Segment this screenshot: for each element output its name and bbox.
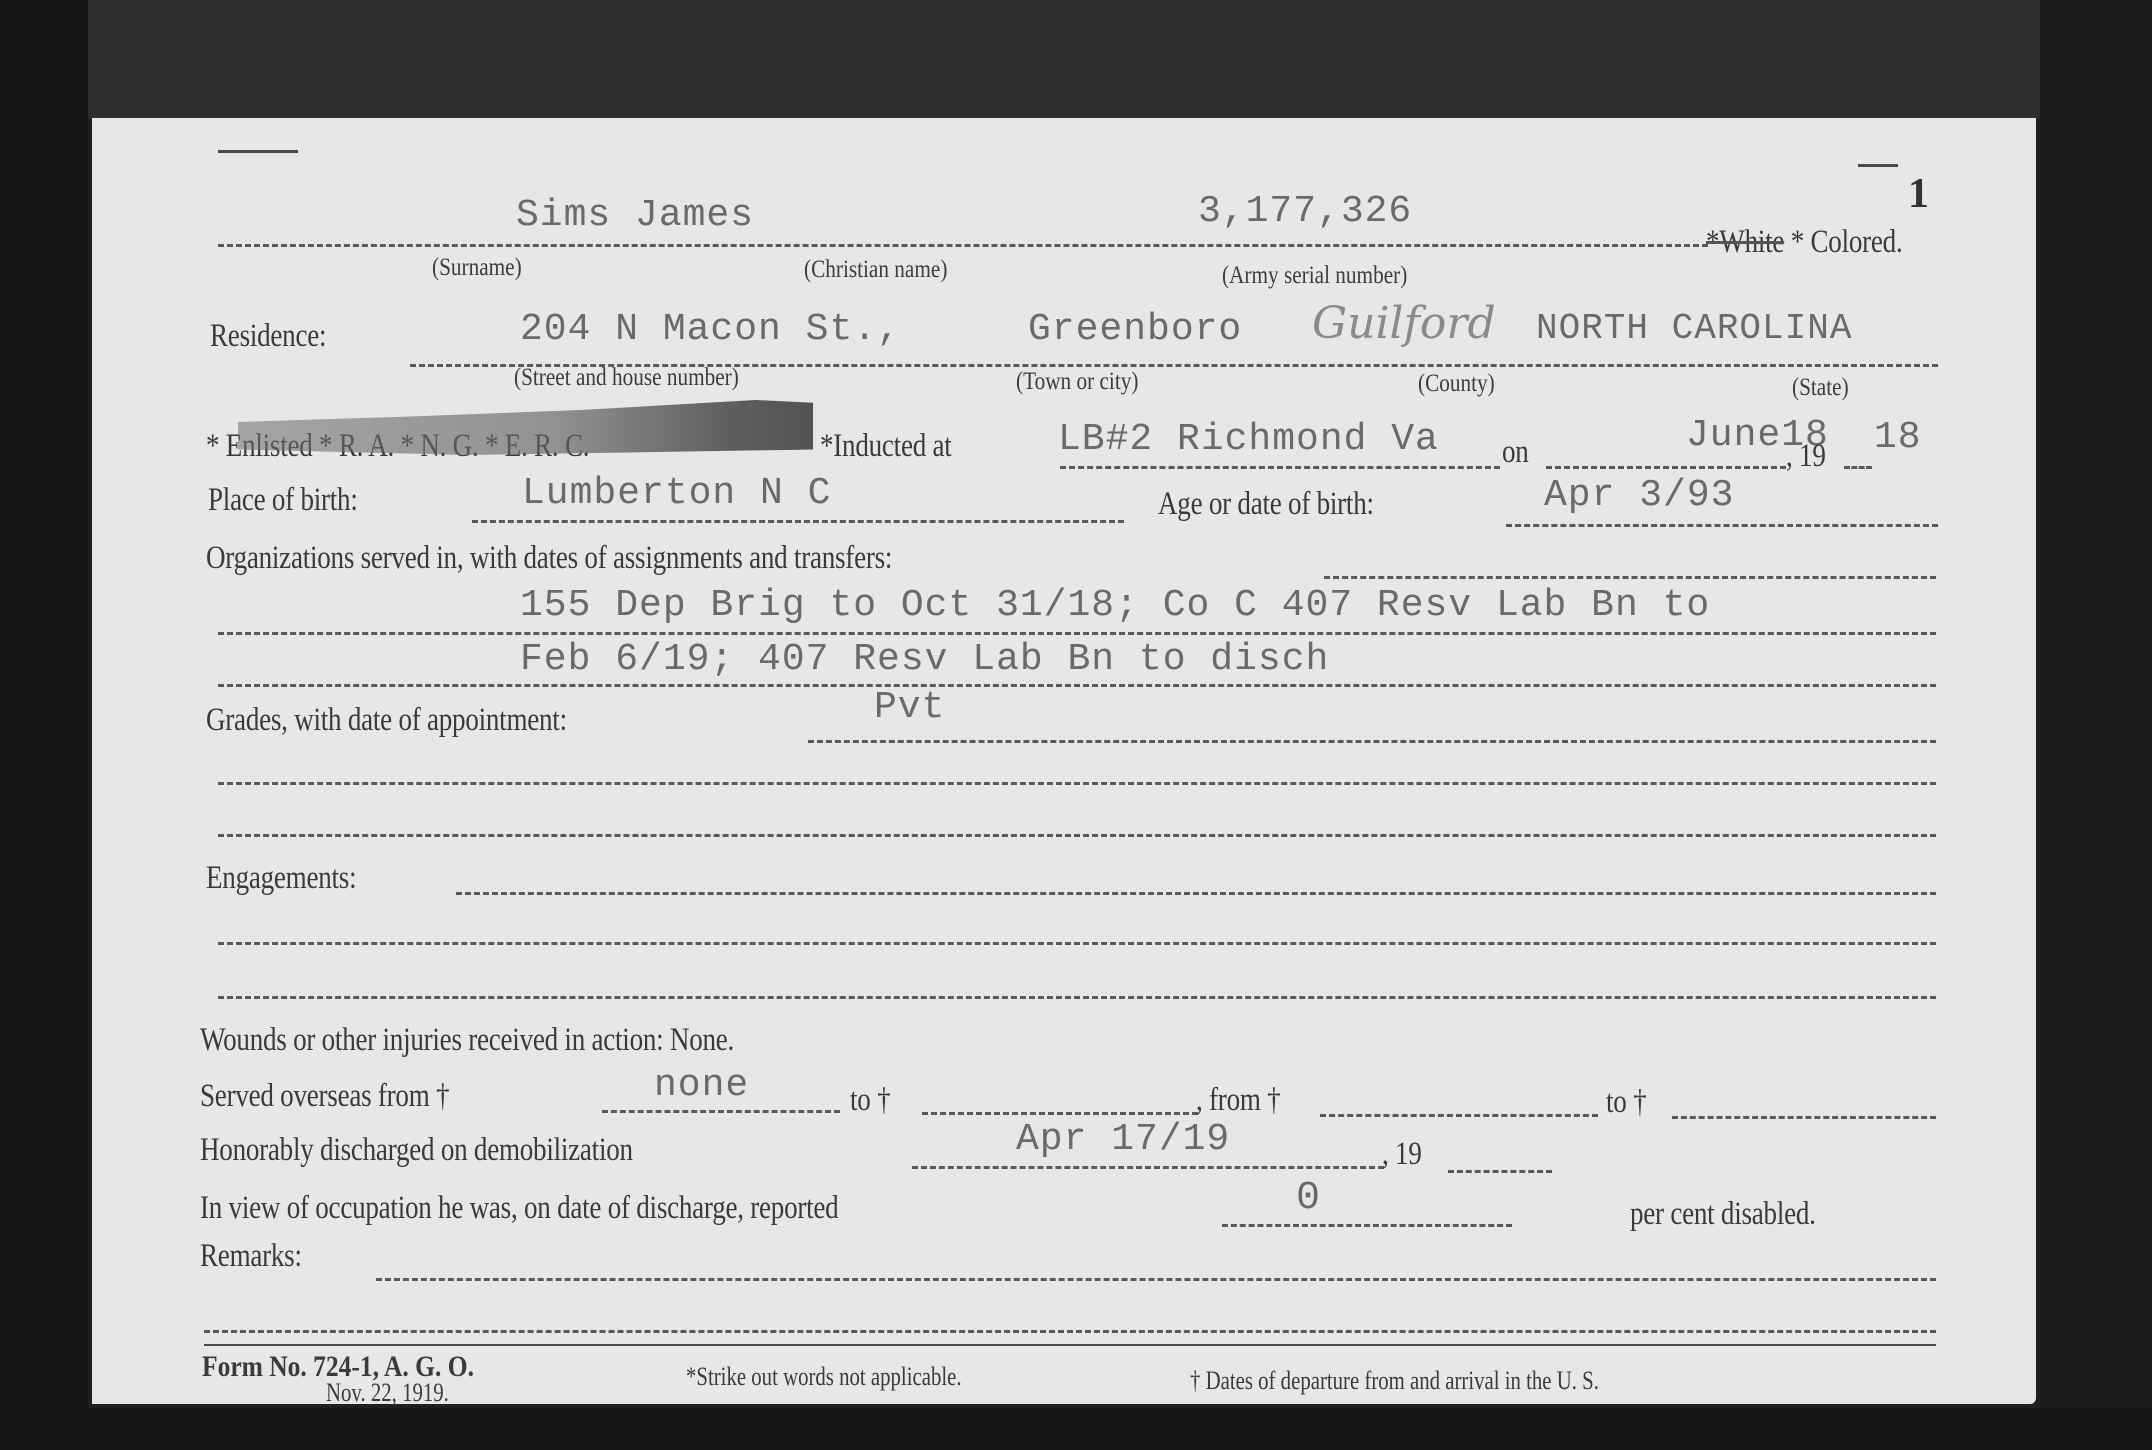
discharge-date: Apr 17/19	[1016, 1118, 1230, 1161]
engagements-line	[456, 892, 1936, 895]
place-of-birth-label: Place of birth:	[208, 482, 358, 519]
residence-county-handwritten: Guilford	[1312, 298, 1496, 349]
name-line	[218, 244, 1708, 247]
state-caption: (State)	[1792, 374, 1849, 402]
place-of-birth-line	[472, 520, 1124, 523]
overseas-to2-line	[1672, 1116, 1936, 1119]
date-of-birth-value: Apr 3/93	[1544, 474, 1734, 517]
wounds-label: Wounds or other injuries received in act…	[200, 1022, 734, 1059]
induction-year: 18	[1874, 416, 1922, 459]
disability-label: In view of occupation he was, on date of…	[200, 1190, 838, 1227]
overseas-from-value: none	[654, 1064, 749, 1107]
race-colored: * Colored.	[1791, 224, 1903, 260]
service-record-card: 1 Sims James 3,177,326 *White * Colored.…	[92, 118, 2036, 1404]
disability-line	[1222, 1224, 1512, 1227]
overseas-to-line	[922, 1112, 1198, 1115]
name-value: Sims James	[516, 194, 754, 237]
disability-suffix: per cent disabled.	[1630, 1196, 1816, 1233]
scanner-background-top	[88, 0, 2040, 118]
overseas-from2-line	[1320, 1114, 1598, 1117]
scanner-background-bottom	[0, 1408, 2152, 1450]
date-of-birth-line	[1506, 524, 1938, 527]
surname-caption: (Surname)	[432, 254, 522, 282]
residence-state: NORTH CAROLINA	[1536, 308, 1852, 349]
grades-rule-2	[218, 782, 1936, 785]
street-caption: (Street and house number)	[514, 364, 739, 392]
overseas-from-line	[602, 1110, 840, 1113]
discharge-label: Honorably discharged on demobilization	[200, 1132, 633, 1169]
remarks-line	[376, 1278, 1936, 1281]
remarks-label: Remarks:	[200, 1238, 302, 1275]
card-number: 1	[1908, 170, 1929, 218]
place-of-birth-value: Lumberton N C	[522, 472, 831, 515]
engagements-label: Engagements:	[206, 860, 356, 897]
inducted-at-line	[1060, 466, 1500, 469]
residence-label: Residence:	[210, 318, 326, 355]
engagements-rule-2	[218, 942, 1936, 945]
grades-rule-3	[218, 834, 1936, 837]
overseas-to2-label: to †	[1606, 1084, 1646, 1121]
christian-name-caption: (Christian name)	[804, 256, 947, 284]
induction-date-line	[1546, 466, 1786, 469]
top-right-rule	[1858, 164, 1898, 167]
inducted-at-value: LB#2 Richmond Va	[1058, 418, 1439, 461]
disability-value: 0	[1296, 1176, 1321, 1221]
remarks-rule-2	[204, 1330, 1936, 1333]
scanner-background-right	[2040, 0, 2152, 1450]
organizations-line-1: 155 Dep Brig to Oct 31/18; Co C 407 Resv…	[520, 584, 1710, 627]
footnote-strike-out: *Strike out words not applicable.	[686, 1362, 962, 1392]
discharge-year-label: , 19	[1382, 1136, 1422, 1173]
race-white-struck: *White	[1706, 224, 1784, 260]
on-label: on	[1502, 434, 1529, 471]
organizations-rule-2	[218, 684, 1936, 687]
footnote-dates: † Dates of departure from and arrival in…	[1190, 1366, 1599, 1396]
residence-town: Greenboro	[1028, 308, 1242, 351]
overseas-to-label: to †	[850, 1082, 890, 1119]
induction-year-prefix: , 19	[1786, 438, 1826, 475]
top-left-rule	[218, 150, 298, 153]
induction-year-line	[1844, 466, 1872, 469]
grades-label: Grades, with date of appointment:	[206, 702, 567, 739]
footer-rule	[204, 1344, 1936, 1346]
inducted-at-label: *Inducted at	[820, 428, 952, 465]
grades-value: Pvt	[874, 686, 945, 729]
organizations-line-0	[1324, 576, 1936, 579]
organizations-line-2: Feb 6/19; 407 Resv Lab Bn to disch	[520, 638, 1329, 681]
discharge-line	[912, 1166, 1384, 1169]
overseas-from2-label: , from †	[1196, 1082, 1280, 1119]
serial-number-value: 3,177,326	[1198, 190, 1412, 233]
residence-street: 204 N Macon St.,	[520, 308, 901, 351]
discharge-year-line	[1448, 1170, 1552, 1173]
engagements-rule-3	[218, 996, 1936, 999]
serial-caption: (Army serial number)	[1222, 262, 1407, 290]
overseas-from-label: Served overseas from †	[200, 1078, 449, 1115]
grades-line	[808, 740, 1936, 743]
county-caption: (County)	[1418, 370, 1495, 398]
form-date: Nov. 22, 1919.	[326, 1378, 449, 1408]
race-options: *White * Colored.	[1706, 224, 1902, 261]
organizations-label: Organizations served in, with dates of a…	[206, 540, 892, 577]
scanner-background-left	[0, 0, 88, 1450]
date-of-birth-label: Age or date of birth:	[1158, 486, 1374, 523]
organizations-rule-1	[218, 632, 1936, 635]
town-caption: (Town or city)	[1016, 368, 1138, 396]
